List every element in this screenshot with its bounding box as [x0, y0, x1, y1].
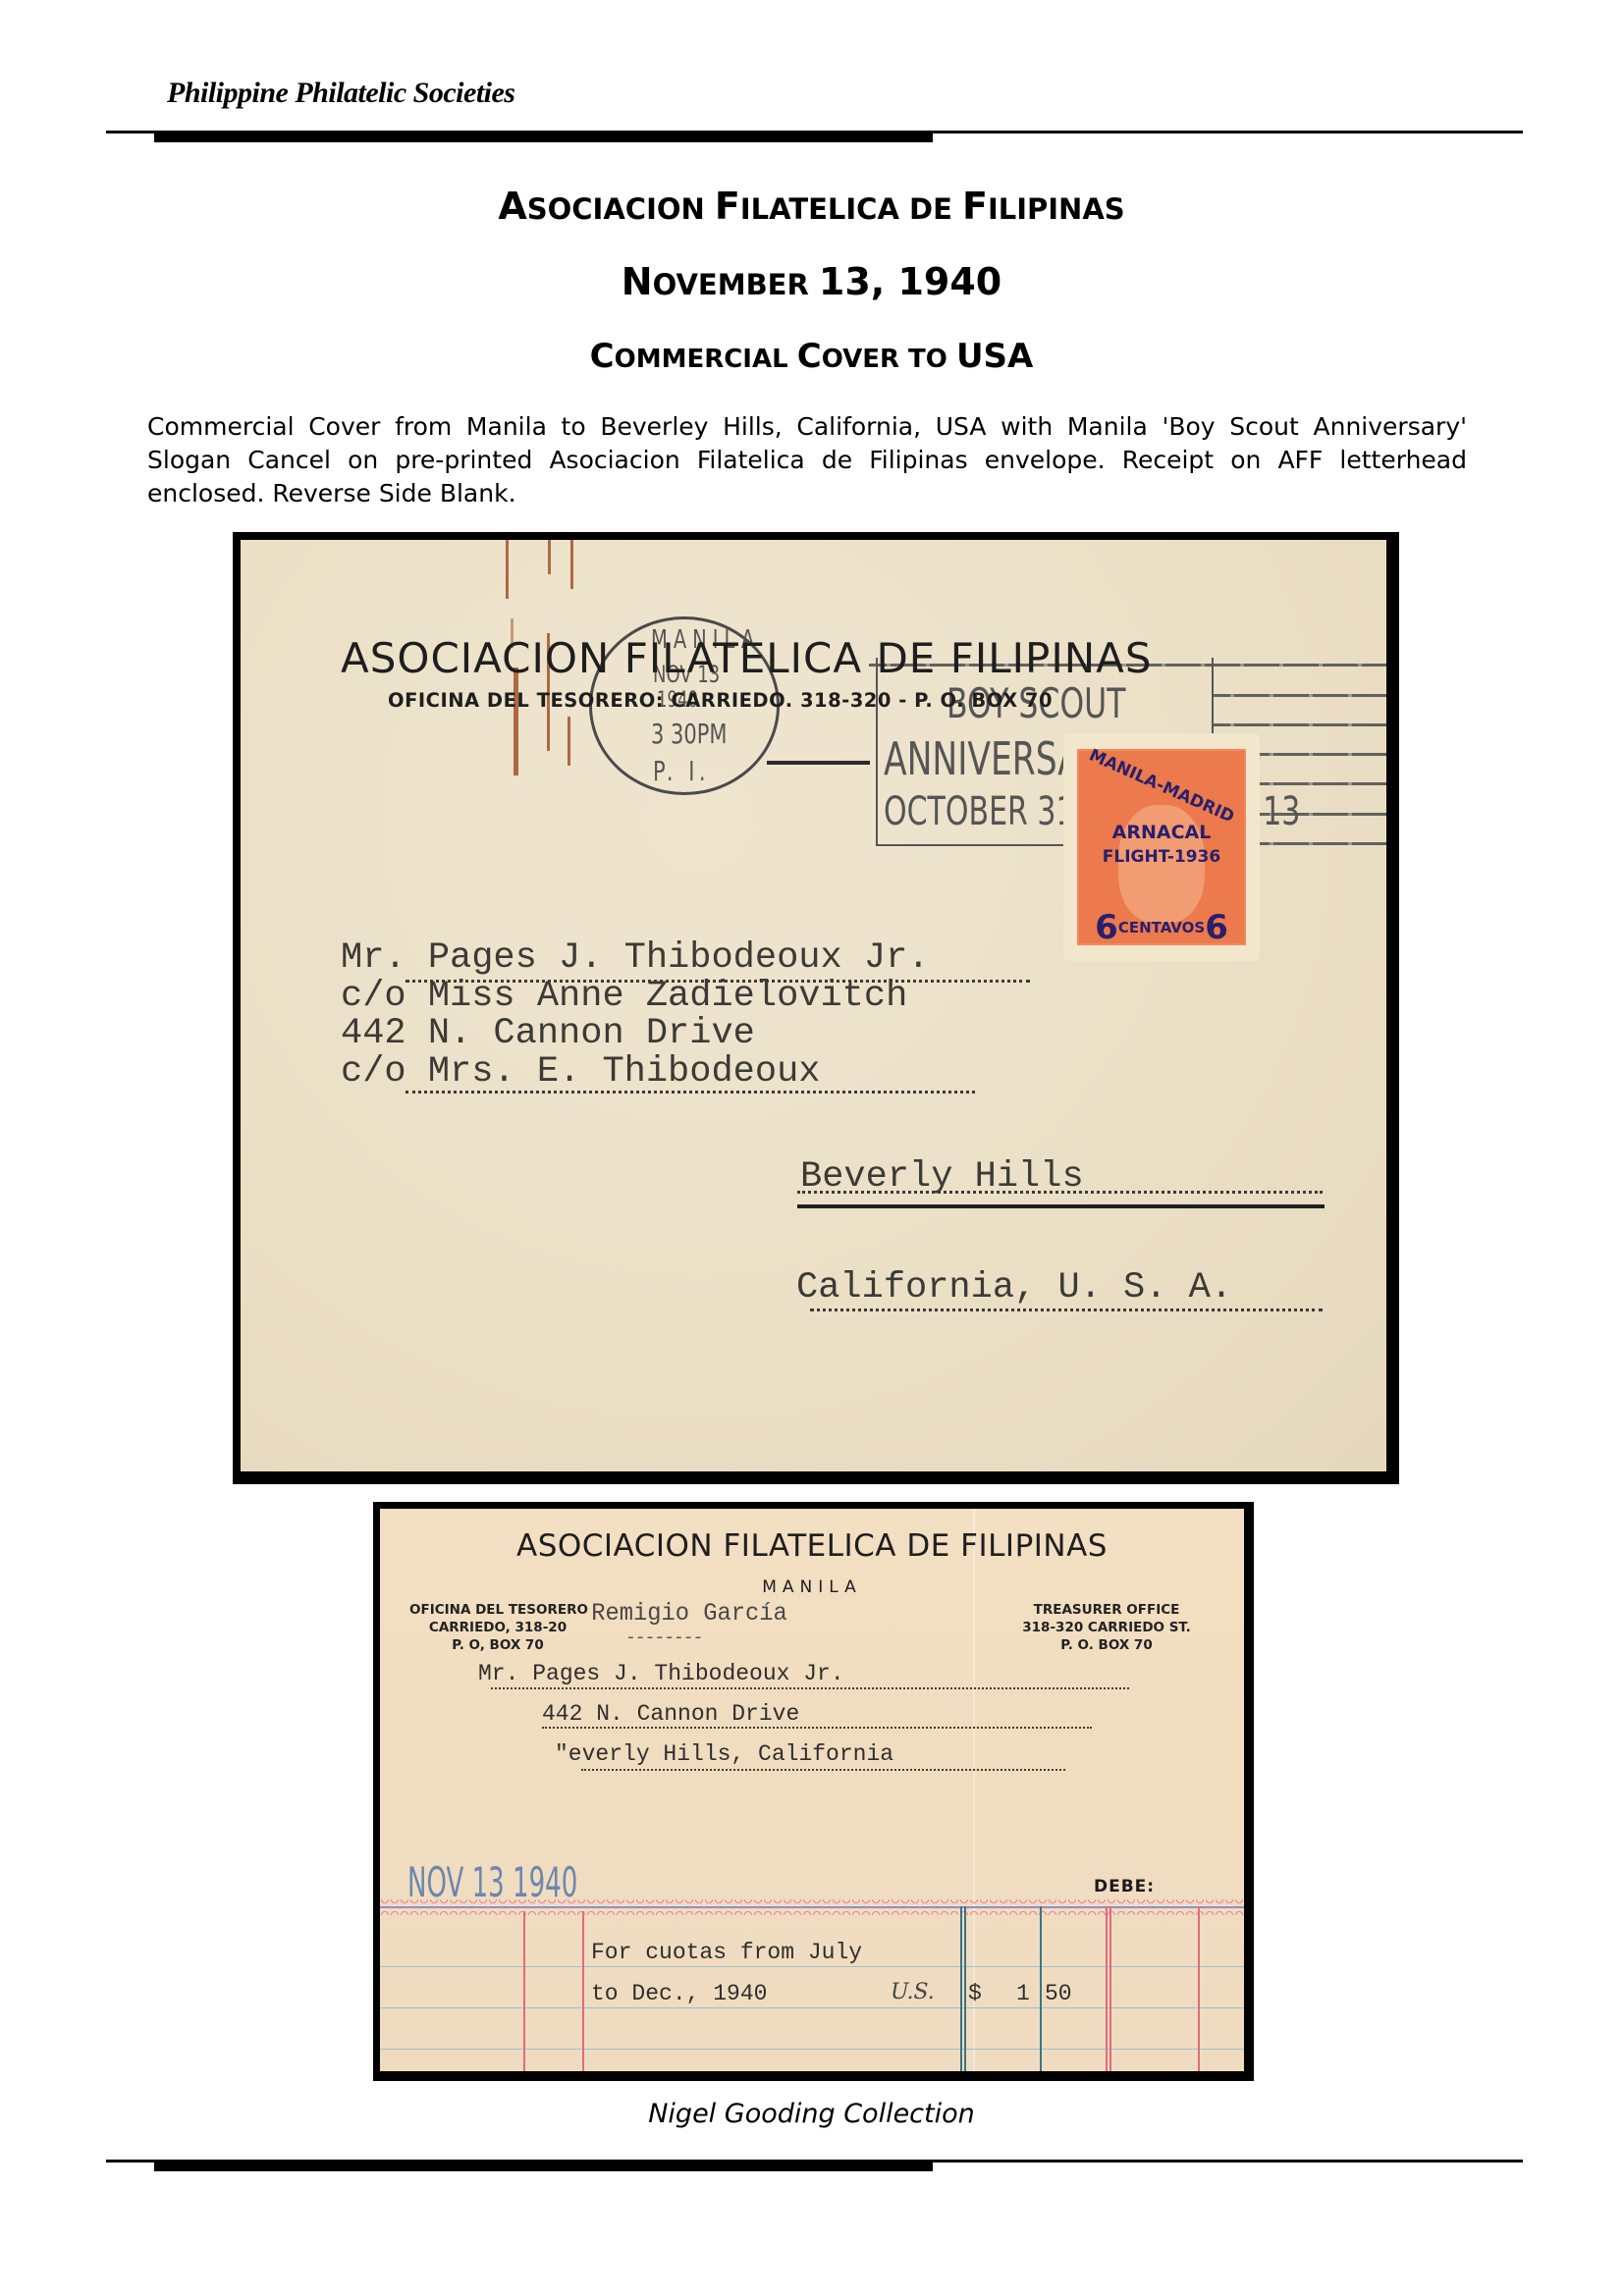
- postmark-connector-line: [767, 761, 870, 765]
- subtitle-cap: USA: [956, 337, 1033, 376]
- rust-stain: [570, 540, 573, 589]
- treasurer-name: Remigio García: [591, 1599, 787, 1628]
- receipt-item-line-1: For cuotas from July: [591, 1940, 862, 1965]
- ledger-column-rule: [523, 1911, 525, 2071]
- rust-stain: [514, 667, 518, 775]
- ledger-column-rule: [1040, 1906, 1042, 2071]
- ledger-column-rule: [964, 1906, 966, 2071]
- envelope-letterhead-title: ASOCIACION FILATELICA DE FILIPINAS: [341, 634, 1153, 682]
- postmark-region: P. I.: [653, 755, 710, 787]
- receipt-addressee: Mr. Pages J. Thibodeoux Jr.: [478, 1661, 844, 1686]
- subtitle-cap: C: [797, 337, 822, 376]
- ledger-column-rule: [1109, 1906, 1111, 2071]
- address-state: California, U. S. A.: [796, 1267, 1232, 1308]
- subtitle-small: OMMERCIAL: [615, 345, 797, 374]
- title-small: ILATELICA DE: [740, 192, 962, 226]
- footer-rule-thick: [154, 2163, 933, 2171]
- cancel-bar: [1213, 723, 1386, 726]
- right-block-line: TREASURER OFFICE: [999, 1601, 1215, 1619]
- receipt-letterhead-city: MANILA: [380, 1577, 1244, 1597]
- address-line-1: Mr. Pages J. Thibodeoux Jr.: [341, 937, 930, 979]
- address-line-3: 442 N. Cannon Drive: [341, 1013, 755, 1054]
- ledger-row-rule: [380, 2007, 1244, 2008]
- title-cap: F: [962, 185, 988, 228]
- cover-image-frame: BOY SCOUT ANNIVERSARY PERIOD OCTOBER 31-…: [233, 532, 1399, 1484]
- ledger-column-rule: [960, 1906, 962, 2071]
- left-block-line: P. O, BOX 70: [409, 1636, 586, 1654]
- rust-stain: [568, 717, 570, 766]
- receipt-street: 442 N. Cannon Drive: [542, 1701, 799, 1727]
- ledger-column-rule: [582, 1911, 584, 2071]
- running-header-title: Philippine Philatelic Societies: [167, 77, 514, 110]
- postmark-time: 3 30PM: [651, 718, 728, 750]
- receipt-currency-note: U.S.: [891, 1980, 935, 2004]
- receipt-image-frame: ASOCIACION FILATELICA DE FILIPINAS MANIL…: [373, 1502, 1254, 2081]
- rust-stain: [548, 540, 551, 574]
- date-number: 13, 1940: [819, 260, 1001, 303]
- date-cap: N: [622, 260, 653, 303]
- stamp-overprint-line-3: FLIGHT-1936: [1079, 847, 1244, 867]
- receipt: ASOCIACION FILATELICA DE FILIPINAS MANIL…: [380, 1509, 1244, 2071]
- ledger-column-rule: [1198, 1906, 1200, 2071]
- left-block-line: CARRIEDO, 318-20: [409, 1619, 586, 1636]
- page-date: NOVEMBER 13, 1940: [0, 260, 1623, 303]
- right-block-line: P. O. BOX 70: [999, 1636, 1215, 1654]
- receipt-dollar-sign: $: [968, 1981, 982, 2006]
- collection-caption: Nigel Gooding Collection: [0, 2099, 1623, 2129]
- page-title: ASOCIACION FILATELICA DE FILIPINAS: [0, 185, 1623, 228]
- address-dotted-line: [797, 1191, 1323, 1194]
- subtitle-cap: C: [590, 337, 615, 376]
- stamp-design: MANILA-MADRID ARNACAL FLIGHT-1936 6CENTA…: [1077, 749, 1246, 945]
- stamp-value: 6CENTAVOS6: [1079, 908, 1244, 947]
- receipt-dotted-line: [491, 1687, 1129, 1689]
- title-cap: F: [715, 185, 740, 228]
- description-paragraph: Commercial Cover from Manila to Beverley…: [147, 410, 1467, 510]
- date-small: OVEMBER: [653, 268, 819, 301]
- debe-label: DEBE:: [1094, 1877, 1155, 1896]
- receipt-dotted-line: [542, 1727, 1092, 1729]
- receipt-amount-cents: 50: [1045, 1981, 1072, 2006]
- envelope: BOY SCOUT ANNIVERSARY PERIOD OCTOBER 31-…: [241, 540, 1386, 1471]
- cancel-bar: [1213, 694, 1386, 697]
- stamp-value-right: 6: [1205, 908, 1228, 947]
- address-underline: [797, 1204, 1325, 1208]
- ledger-wavy-rule: [380, 1899, 1244, 1905]
- treasurer-name-underline: --------: [625, 1629, 702, 1648]
- stamp-value-left: 6: [1095, 908, 1118, 947]
- envelope-letterhead-subtitle: OFICINA DEL TESORERO: CARRIEDO. 318-320 …: [388, 689, 1053, 712]
- receipt-item-line-2: to Dec., 1940: [591, 1981, 767, 2006]
- header-rule-thick: [154, 133, 933, 142]
- ledger-header-rule: [380, 1906, 1244, 1908]
- address-dotted-line: [406, 1091, 975, 1094]
- left-block-line: OFICINA DEL TESORERO: [409, 1601, 586, 1619]
- stamp-value-text: CENTAVOS: [1118, 919, 1205, 936]
- ledger-wavy-rule: [380, 1909, 1244, 1915]
- receipt-right-address-block: TREASURER OFFICE 318-320 CARRIEDO ST. P.…: [999, 1601, 1215, 1654]
- right-block-line: 318-320 CARRIEDO ST.: [999, 1619, 1215, 1636]
- rust-stain: [506, 540, 509, 599]
- receipt-city: "everly Hills, California: [555, 1741, 893, 1767]
- title-cap: A: [498, 185, 526, 228]
- receipt-left-address-block: OFICINA DEL TESORERO CARRIEDO, 318-20 P.…: [409, 1601, 586, 1654]
- subtitle-small: OVER TO: [822, 345, 956, 374]
- title-small: ILIPINAS: [988, 192, 1125, 226]
- page-subtitle: COMMERCIAL COVER TO USA: [0, 337, 1623, 376]
- postage-stamp: MANILA-MADRID ARNACAL FLIGHT-1936 6CENTA…: [1063, 733, 1260, 961]
- ledger-row-rule: [380, 1966, 1244, 1967]
- address-dotted-line: [810, 1308, 1323, 1311]
- receipt-letterhead-title: ASOCIACION FILATELICA DE FILIPINAS: [380, 1528, 1244, 1564]
- address-line-2: c/o Miss Anne Zadielovitch: [341, 976, 907, 1017]
- receipt-dotted-line: [581, 1769, 1065, 1771]
- receipt-amount-dollars: 1: [1016, 1981, 1030, 2006]
- ledger-column-rule: [1106, 1906, 1108, 2071]
- ledger-row-rule: [380, 2049, 1244, 2050]
- title-small: SOCIACION: [527, 192, 715, 226]
- stamp-overprint-line-2: ARNACAL: [1079, 822, 1244, 843]
- address-line-4: c/o Mrs. E. Thibodeoux: [341, 1051, 820, 1093]
